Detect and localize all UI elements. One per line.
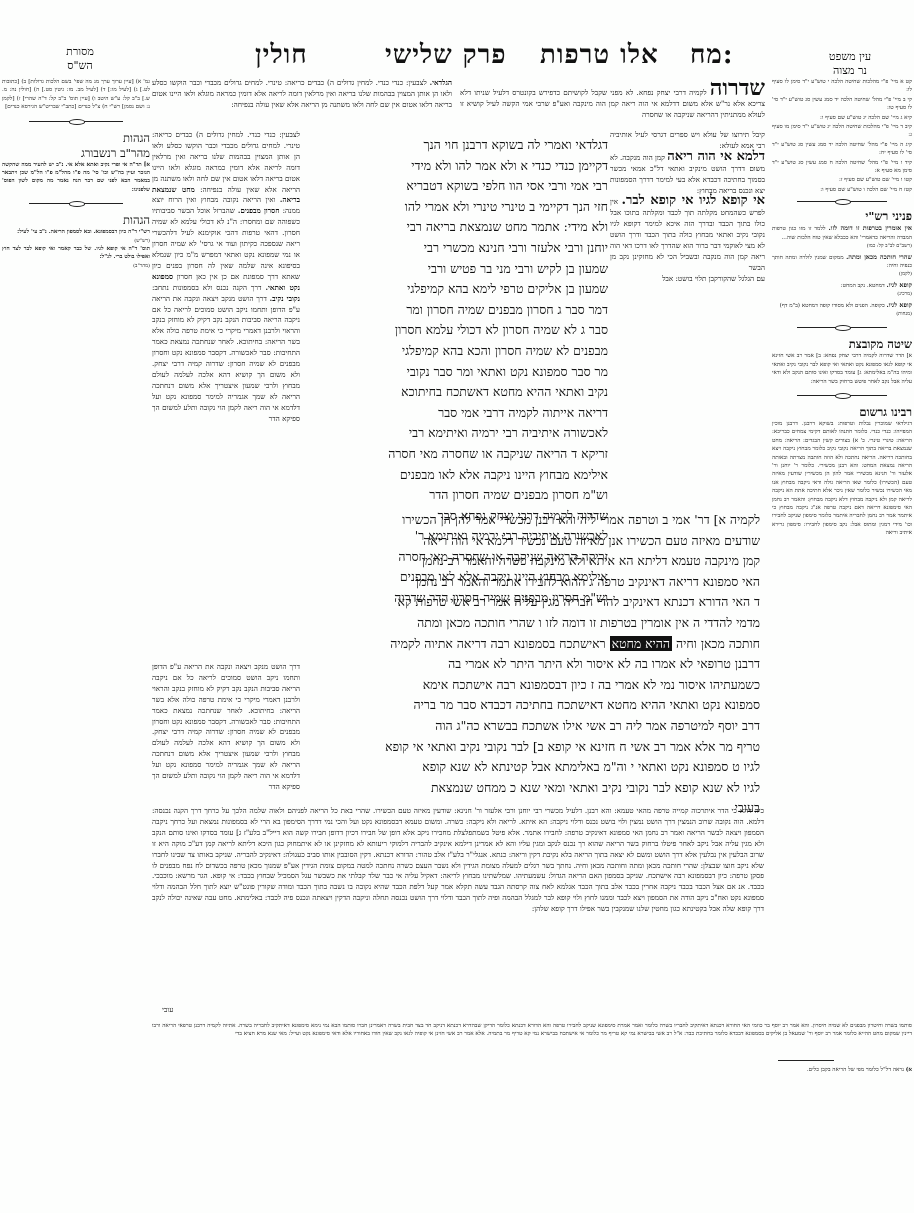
tosafot-commentary-bottom: כיה דהא כי הדר איתרכוה קמייה טרפה מהאי ט… [152, 806, 764, 1026]
gemara-line: ד האי הדורא דכנתא דאינקיב להדי חבריה מגי… [305, 592, 760, 613]
pnei-rashi-title: פניני רש"י [772, 209, 912, 224]
rabbeinu-gershom-bottom: סותמו בשרה וחיטרון מבפנים לא שמיה חיסרון… [152, 1022, 912, 1048]
gemara-line: דריאה אייתוה לקמיה דרבי אמי סבר [305, 403, 608, 424]
shita-mekubetzet-text: א] הדר שדרוה לקמיה דרבי יצחק נפחא: ב] אמ… [772, 352, 912, 386]
ein-mishpat-entry: קטז ח מיי' שם הלכה ו טוש"ע שם סעיף ו: [772, 186, 912, 194]
gemara-main-text-full: לקמיה א] דר' אמי ב וטרפה אמרי ליה והא רב… [305, 510, 760, 819]
rashi-commentary-top: שדרוה לקמיה דרבי יצחק נפחא. לא מפני שקבל… [460, 78, 765, 121]
ein-mishpat-entry: קיא ג מיי' שם הלכה יג טוש"ע שם סעיף ו: [772, 114, 912, 122]
gemara-line: חותכה מכאן וחיה ההיא מחטא ראישתכח בסמפונ… [305, 634, 760, 655]
gemara-line: אילימא מבחוץ היינו ניקבה אלא לאו מבפנים [305, 465, 608, 486]
gemara-line: סמפונא נקט ואתאי ההיא מחטא דאישתכח בחתיכ… [305, 695, 760, 716]
hagahot-title: הגהות [2, 213, 150, 228]
shita-mekubetzet-title: שיטה מקובצת [772, 337, 912, 352]
highlighted-phrase[interactable]: ההיא מחטא [610, 636, 672, 651]
hagahot-maharab-text: א] תד"ה אי ופרי נקיב ואתא אלא אי. נ"ב יש… [2, 161, 150, 195]
rashi-commentary-side: קיבל תירוצו של עולא ויש ספרים דגרסי לעיל… [610, 130, 765, 525]
gemara-line: ולא מידי: אתמר מחט שנמצאת בריאה רבי [305, 217, 608, 238]
gemara-line: טריף מר אלא אמר רב אשי ח חזינא אי קופא ב… [305, 737, 760, 758]
chapter-title: אלו טרפות [540, 40, 659, 70]
footnote-rule [778, 1060, 834, 1061]
hagahot-maharab-title: הגהות מהר"ב רנשבורג [2, 131, 150, 161]
footnote-text: נראה דל"ל כלומר מפי של הריאה בקבן כלים. [807, 1067, 904, 1073]
gemara-line: מדמי להדדי ה אין אומרין בטרפות זו דומה ל… [305, 613, 760, 634]
gemara-line: סבר ג לא שמיה חסרון לא דכולי עלמא חסרון [305, 320, 608, 341]
rabbeinu-gershom-title: רבינו גרשום [772, 405, 912, 420]
pnei-rashi-entry: שהרי חותכה מכאן ומתה. ממקום שמנין לולרה … [772, 253, 912, 279]
footnote: א) נראה דל"ל כלומר מפי של הריאה בקבן כלי… [700, 1066, 912, 1074]
tosafot-commentary-column: לצבעין: כנדי כנדי. למחין גדולים ה) כבדים… [152, 130, 300, 662]
tosafot-commentary-side: הגלדאי. לצבעין: כנדי כנדי. למחין גדולים … [152, 78, 452, 130]
gemara-line: לקמיה א] דר' אמי ב וטרפה אמרי ליה והא רב… [305, 510, 760, 531]
gemara-line: יוחנן ורבי אלעזר ורבי חנינא מכשרי רבי [305, 238, 608, 259]
ein-mishpat-label: עין משפט נר מצוה [800, 50, 900, 78]
gemara-line: חזי הנך דקיימי ב טינרי טינרי ולא אמרי לה… [305, 197, 608, 218]
gemara-line: רבי אמי ורבי אסי הוו חלפי בשוקא דטבריא [305, 176, 608, 197]
ornament-divider [2, 200, 150, 207]
ein-mishpat-entry: קט א מיי' פ"י מהלכות שחיטה הלכה י טוש"ע … [772, 78, 912, 95]
page-number: מח: [690, 40, 733, 70]
gemara-line: קמן מינקבה טעמא דליתא הא איתא ולא מינקבה… [305, 551, 760, 572]
ornament-divider [772, 324, 912, 331]
gemara-line: זריקא ד הריאה שניקבה או שחסרה מאי חסרה [305, 444, 608, 465]
gemara-line: וש"מ חסרון מבפנים שמיה חסרון הדר [305, 485, 608, 506]
pnei-rashi-entry: קופא לגיו. כקופה. הפנים ולא מסודו קופה ד… [772, 301, 912, 319]
pnei-rashi-entry: קופא לגיו. דמחטא. נקב המחט:(מרכינ) [772, 281, 912, 299]
right-margin-column: קט א מיי' פ"י מהלכות שחיטה הלכה י טוש"ע … [772, 78, 912, 730]
gemara-line: דמר סבר ג חסרון מבפנים שמיה חסרון ומר [305, 300, 608, 321]
ein-mishpat-section: קט א מיי' פ"י מהלכות שחיטה הלכה י טוש"ע … [772, 78, 912, 194]
masoret-label: מסורת הש"ס [40, 45, 120, 73]
gemara-line: דקיימן כנדי כנדי א ולא אמר להו ולא מידי [305, 156, 608, 177]
ein-mishpat-entry: קי ב מיי' פ"י מהל' שחיטה הלכה יד סמג עשי… [772, 96, 912, 113]
ein-mishpat-entry: קיב ד מיי' פ"י מהלכות שחיטה הלכה יג טוש"… [772, 123, 912, 140]
tractate-name: חולין [255, 40, 308, 70]
gemara-line: דרב יוסף למיטרפה אמר ליה רב אשי אילו אשת… [305, 716, 760, 737]
gemara-line: דרבנן טרופאי לא אמרו בה לא איסור ולא הית… [305, 654, 760, 675]
left-margin-column: גמ' א) [עיין ערוך ערך מנ מה שפי' בשם הלכ… [2, 78, 150, 270]
tosafot-end-word: עובי [162, 1005, 173, 1016]
rabbeinu-gershom-text: דגילדאי שמוכרין נבלות וטרפות: בשוקא דרבנ… [772, 420, 912, 730]
hagahot-entry: רש"י ד"ה כיון דבסמפונא. ובא לסמפון הריאה… [2, 228, 150, 270]
gemara-line: שמעון בן לקיש ורבי מני בר פטיש ורבי [305, 259, 608, 280]
gemara-line: נקיב ואתאי ההיא מחטא דאשתכח בחיתוכא [305, 382, 608, 403]
gemara-line: האי סמפונא דריאה דאינקיב טרפה ג ההוא לחב… [305, 572, 760, 593]
ein-mishpat-entry: קיד ו מיי' פ"י מהל' שחיטה הלכה ח סמג עשי… [772, 159, 912, 176]
pnei-rashi-section: אין אומרין בטרפות זו דומה לזו. ללמד זו מ… [772, 224, 912, 318]
ornament-divider [772, 392, 912, 399]
gemara-line: לגיו ט סמפונא נקט ואתאי י וה"מ באלימתא א… [305, 757, 760, 778]
gemara-line: כשמעתיהו איסור נמי לא אמרי בה ז כיון דבס… [305, 675, 760, 696]
ein-mishpat-entry: קיג ה מיי' פ"י מהל' שחיטה הלכה יד סמג עש… [772, 141, 912, 158]
pnei-rashi-entry: אין אומרין בטרפות זו דומה לזו. ללמד זו מ… [772, 224, 912, 250]
gemara-line: שמעון בן אליקים טרפי לימא בהא קמיפלגי [305, 279, 608, 300]
gemara-line: דגלדאי ואמרי לה בשוקא דרבנן חוי הנך [305, 135, 608, 156]
tosafot-commentary-lower: דרך הושט מנקב ויצאה ונקבה את הריאה ע"פ ה… [152, 662, 300, 802]
footnote-marker: א) [906, 1067, 912, 1073]
ornament-divider [772, 198, 912, 205]
ornament-divider [2, 118, 150, 125]
rashi-opening-word: שדרוה [710, 75, 765, 101]
gemara-line: לאכשורה איתיביה רבי ירמיה ואיתימא רבי [305, 423, 608, 444]
gemara-line: מבפנים לא שמיה חסרון והכא בהא קמיפלגי [305, 341, 608, 362]
chapter-number: פרק שלישי [385, 40, 507, 70]
gemara-line: שודעים מאיזה טעם הכשירו אנן מאיזה טעם נכ… [305, 531, 760, 552]
gemara-line: לגיו לא שנא קופא לבר נקובי נקיב ואתאי ומ… [305, 778, 760, 799]
ein-mishpat-entry: קטו ו מיי' שם טוש"ע שם סעיף ז: [772, 176, 912, 184]
masoret-hashas-text: גמ' א) [עיין ערוך ערך מנ מה שפי' בשם הלכ… [2, 78, 150, 112]
gemara-line: מר סבר סמפונא נקט ואתאי ומר סבר נקובי [305, 362, 608, 383]
